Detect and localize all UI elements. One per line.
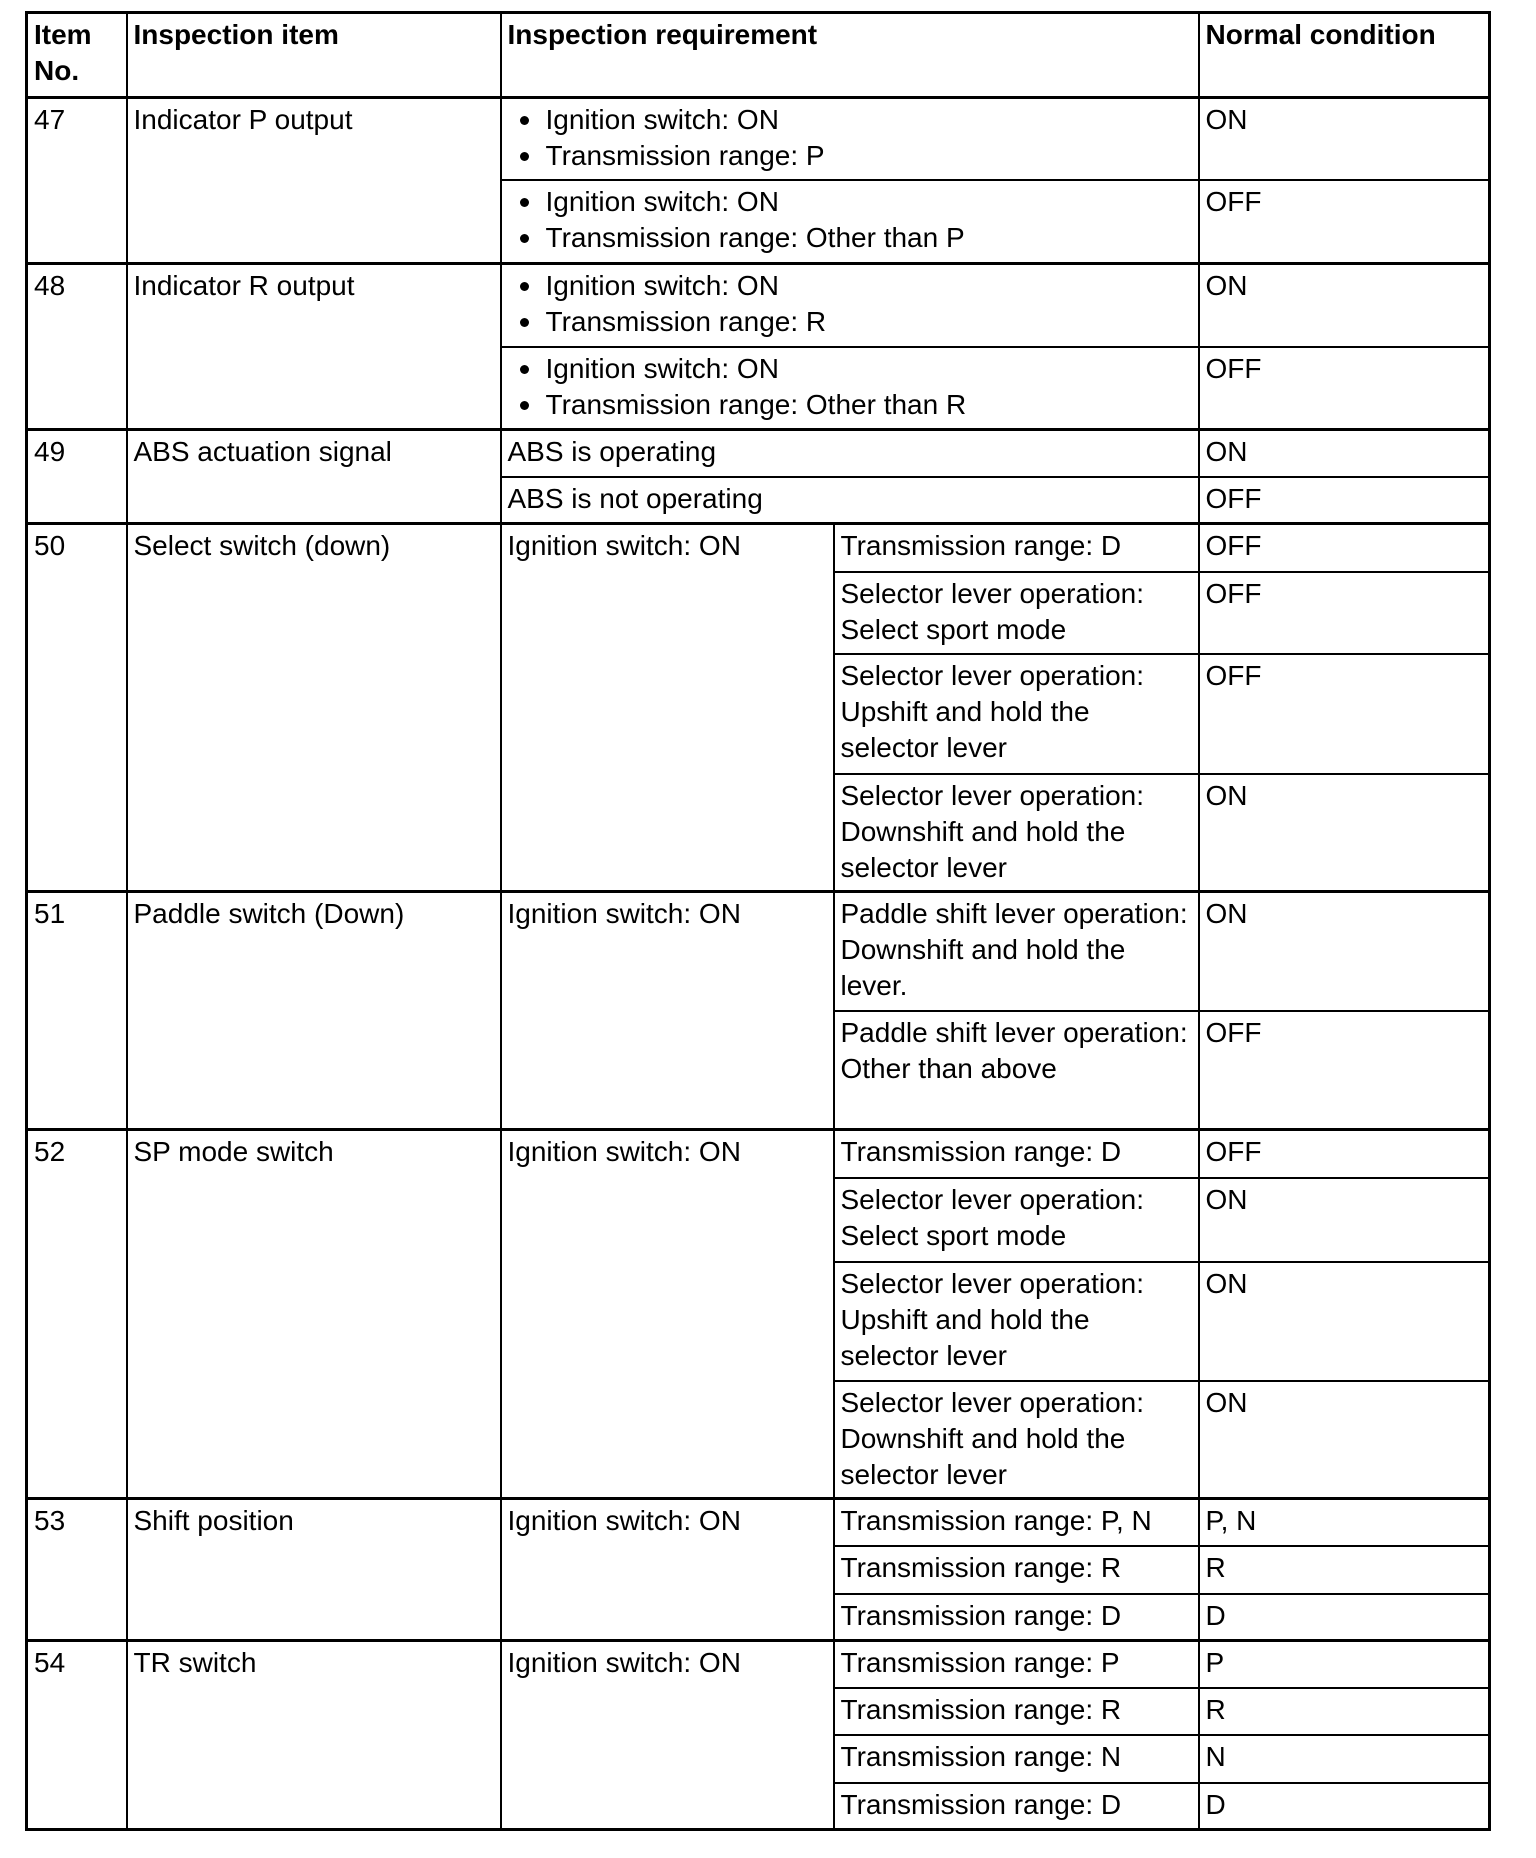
inspection-item: TR switch: [127, 1641, 501, 1830]
inspection-requirement: Ignition switch: ON: [501, 1130, 834, 1499]
sub-condition: Transmission range: P, N: [834, 1499, 1199, 1546]
inspection-item: ABS actuation signal: [127, 430, 501, 524]
requirement-bullet: Ignition switch: ON: [546, 102, 1192, 138]
item-no: 50: [27, 524, 127, 892]
normal-condition: ON: [1199, 430, 1490, 477]
normal-condition: ON: [1199, 98, 1490, 180]
sub-condition: Selector lever operation: Upshift and ho…: [834, 1262, 1199, 1381]
table-header-row: Item No. Inspection item Inspection requ…: [27, 13, 1490, 98]
normal-condition: OFF: [1199, 524, 1490, 572]
sub-condition: Selector lever operation: Select sport m…: [834, 572, 1199, 654]
inspection-item: Paddle switch (Down): [127, 892, 501, 1130]
normal-condition: R: [1199, 1688, 1490, 1735]
normal-condition: ON: [1199, 264, 1490, 347]
inspection-requirement: Ignition switch: ON Transmission range: …: [501, 264, 1199, 347]
inspection-item: Indicator P output: [127, 98, 501, 264]
normal-condition: R: [1199, 1546, 1490, 1594]
inspection-requirement: ABS is operating: [501, 430, 1199, 477]
sub-condition: Selector lever operation: Upshift and ho…: [834, 654, 1199, 774]
requirement-bullet: Ignition switch: ON: [546, 351, 1192, 387]
sub-condition: Transmission range: P: [834, 1641, 1199, 1688]
inspection-requirement: Ignition switch: ON: [501, 1641, 834, 1830]
requirement-bullet: Transmission range: R: [546, 304, 1192, 340]
table-row: 48 Indicator R output Ignition switch: O…: [27, 264, 1490, 347]
table-row: 50 Select switch (down) Ignition switch:…: [27, 524, 1490, 572]
item-no: 53: [27, 1499, 127, 1641]
normal-condition: P: [1199, 1641, 1490, 1688]
sub-condition: Transmission range: D: [834, 1594, 1199, 1641]
normal-condition: OFF: [1199, 1011, 1490, 1130]
item-no: 49: [27, 430, 127, 524]
normal-condition: N: [1199, 1735, 1490, 1783]
requirement-bullet: Ignition switch: ON: [546, 268, 1192, 304]
normal-condition: ON: [1199, 1381, 1490, 1499]
inspection-requirement: Ignition switch: ON Transmission range: …: [501, 180, 1199, 264]
item-no: 52: [27, 1130, 127, 1499]
item-no: 51: [27, 892, 127, 1130]
normal-condition: OFF: [1199, 180, 1490, 264]
inspection-table-container: Item No. Inspection item Inspection requ…: [25, 11, 1491, 1831]
sub-condition: Transmission range: N: [834, 1735, 1199, 1783]
item-no: 54: [27, 1641, 127, 1830]
requirement-list: Ignition switch: ON Transmission range: …: [508, 351, 1192, 423]
normal-condition: ON: [1199, 1262, 1490, 1381]
normal-condition: OFF: [1199, 654, 1490, 774]
item-no: 48: [27, 264, 127, 430]
inspection-item: Indicator R output: [127, 264, 501, 430]
inspection-requirement: Ignition switch: ON Transmission range: …: [501, 98, 1199, 180]
table-row: 52 SP mode switch Ignition switch: ON Tr…: [27, 1130, 1490, 1178]
inspection-item: Shift position: [127, 1499, 501, 1641]
inspection-item: Select switch (down): [127, 524, 501, 892]
header-inspection-requirement: Inspection requirement: [501, 13, 1199, 98]
inspection-requirement: Ignition switch: ON Transmission range: …: [501, 347, 1199, 430]
requirement-list: Ignition switch: ON Transmission range: …: [508, 102, 1192, 174]
requirement-list: Ignition switch: ON Transmission range: …: [508, 184, 1192, 256]
inspection-requirement: Ignition switch: ON: [501, 1499, 834, 1641]
requirement-bullet: Transmission range: Other than P: [546, 220, 1192, 256]
item-no: 47: [27, 98, 127, 264]
normal-condition: ON: [1199, 1178, 1490, 1262]
requirement-list: Ignition switch: ON Transmission range: …: [508, 268, 1192, 340]
normal-condition: OFF: [1199, 477, 1490, 524]
sub-condition: Transmission range: R: [834, 1688, 1199, 1735]
sub-condition: Transmission range: R: [834, 1546, 1199, 1594]
inspection-requirement: Ignition switch: ON: [501, 892, 834, 1130]
inspection-table: Item No. Inspection item Inspection requ…: [25, 11, 1491, 1831]
normal-condition: OFF: [1199, 1130, 1490, 1178]
sub-condition: Selector lever operation: Downshift and …: [834, 774, 1199, 892]
normal-condition: OFF: [1199, 572, 1490, 654]
normal-condition: P, N: [1199, 1499, 1490, 1546]
header-normal-condition: Normal condition: [1199, 13, 1490, 98]
requirement-bullet: Transmission range: Other than R: [546, 387, 1192, 423]
normal-condition: ON: [1199, 892, 1490, 1011]
inspection-requirement: Ignition switch: ON: [501, 524, 834, 892]
normal-condition: OFF: [1199, 347, 1490, 430]
table-row: 53 Shift position Ignition switch: ON Tr…: [27, 1499, 1490, 1546]
sub-condition: Paddle shift lever operation: Downshift …: [834, 892, 1199, 1011]
sub-condition: Transmission range: D: [834, 1783, 1199, 1830]
inspection-requirement: ABS is not operating: [501, 477, 1199, 524]
table-row: 47 Indicator P output Ignition switch: O…: [27, 98, 1490, 180]
requirement-bullet: Ignition switch: ON: [546, 184, 1192, 220]
inspection-item: SP mode switch: [127, 1130, 501, 1499]
normal-condition: D: [1199, 1594, 1490, 1641]
header-item-no: Item No.: [27, 13, 127, 98]
requirement-bullet: Transmission range: P: [546, 138, 1192, 174]
sub-condition: Selector lever operation: Downshift and …: [834, 1381, 1199, 1499]
table-row: 49 ABS actuation signal ABS is operating…: [27, 430, 1490, 477]
table-row: 54 TR switch Ignition switch: ON Transmi…: [27, 1641, 1490, 1688]
sub-condition: Transmission range: D: [834, 1130, 1199, 1178]
table-row: 51 Paddle switch (Down) Ignition switch:…: [27, 892, 1490, 1011]
normal-condition: D: [1199, 1783, 1490, 1830]
sub-condition: Transmission range: D: [834, 524, 1199, 572]
normal-condition: ON: [1199, 774, 1490, 892]
sub-condition: Paddle shift lever operation: Other than…: [834, 1011, 1199, 1130]
sub-condition: Selector lever operation: Select sport m…: [834, 1178, 1199, 1262]
header-inspection-item: Inspection item: [127, 13, 501, 98]
